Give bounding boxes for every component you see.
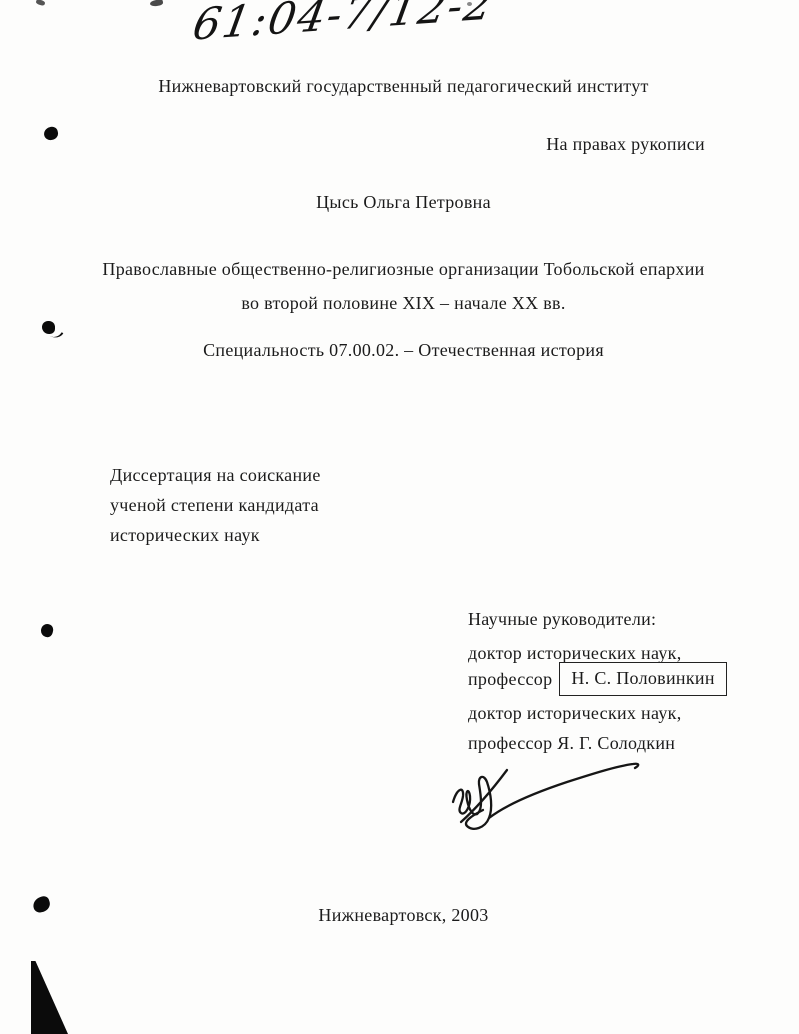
institution-line: Нижневартовский государственный педагоги…: [8, 76, 799, 97]
dissertation-statement-line-2: ученой степени кандидата: [110, 490, 321, 520]
advisor1-name-boxed: Н. С. Половинкин: [559, 662, 726, 696]
author-name: Цысь Ольга Петровна: [8, 192, 799, 213]
corner-scan-blob: [31, 961, 68, 1034]
advisors-block: Научные руководители: доктор исторически…: [468, 609, 768, 769]
scan-artifact-top-mid: [150, 0, 164, 7]
dissertation-statement: Диссертация на соискание ученой степени …: [110, 460, 321, 550]
advisor1-line: профессор Н. С. Половинкин: [468, 662, 727, 696]
advisor1-degree: доктор исторических наук,: [468, 643, 682, 664]
advisor2-degree: доктор исторических наук,: [468, 703, 682, 724]
scan-artifact-top-left: [35, 0, 45, 6]
dissertation-statement-line-3: исторических наук: [110, 520, 321, 550]
handwritten-catalog-number: 61:04-7/12-2: [189, 0, 498, 51]
specialty-line: Специальность 07.00.02. – Отечественная …: [8, 340, 799, 361]
dissertation-title: Православные общественно-религиозные орг…: [8, 252, 799, 320]
manuscript-rights-note: На правах рукописи: [546, 134, 705, 155]
advisor2-line: профессор Я. Г. Солодкин: [468, 733, 675, 754]
advisors-heading: Научные руководители:: [468, 609, 656, 630]
scan-artifact-top-speck: [467, 2, 472, 6]
dissertation-statement-line-1: Диссертация на соискание: [110, 460, 321, 490]
binding-mark-1: [43, 126, 59, 142]
signature: [437, 752, 652, 837]
title-line-2: во второй половине XIX – начале XX вв.: [8, 286, 799, 320]
title-line-1: Православные общественно-религиозные орг…: [8, 252, 799, 286]
document-page: 61:04-7/12-2 Нижневартовский государстве…: [0, 0, 799, 1034]
binding-mark-3: [40, 623, 55, 639]
city-year-line: Нижневартовск, 2003: [8, 905, 799, 926]
advisor1-title-prefix: профессор: [468, 669, 552, 690]
